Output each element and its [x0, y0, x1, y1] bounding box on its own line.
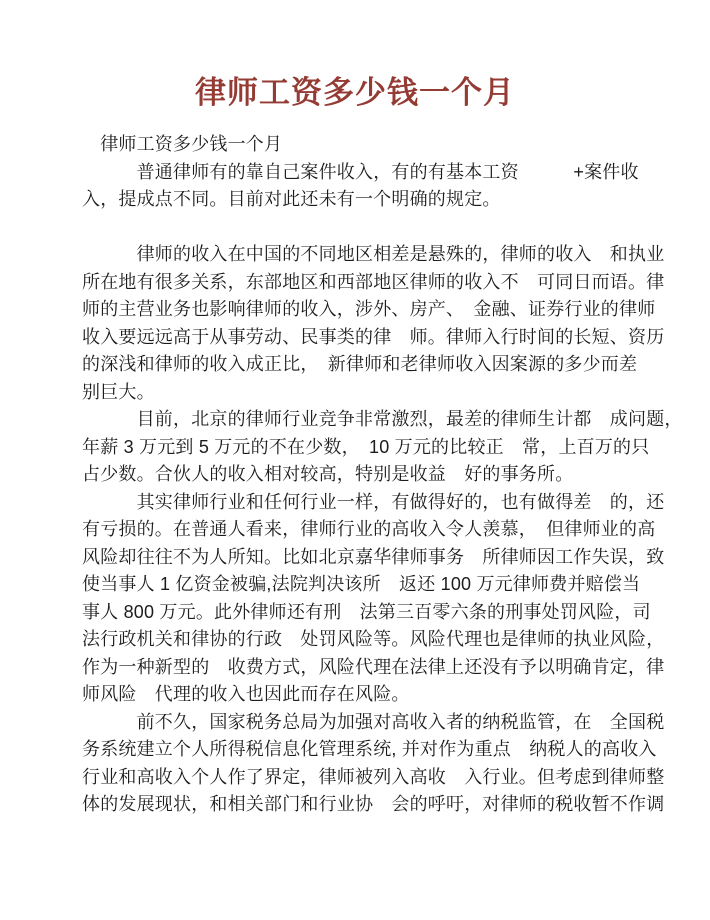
document-line: 占少数。合伙人的收入相对较高，特别是收益 好的事务所。	[82, 461, 710, 489]
document-line: 年薪 3 万元到 5 万元的不在少数， 10 万元的比较正 常，上百万的只	[82, 434, 710, 462]
document-line: 事人 800 万元。此外律师还有刑 法第三百零六条的刑事处罚风险，司	[82, 599, 710, 627]
document-line: 使当事人 1 亿资金被骗,法院判决该所 返还 100 万元律师费并赔偿当	[82, 571, 710, 599]
document-line: 所在地有很多关系，东部地区和西部地区律师的收入不 可同日而语。律	[82, 269, 710, 297]
document-blank-line	[82, 214, 710, 242]
document-line: 作为一种新型的 收费方式，风险代理在法律上还没有予以明确肯定，律	[82, 654, 710, 682]
document-line: 其实律师行业和任何行业一样，有做得好的，也有做得差 的，还	[82, 489, 710, 517]
document-line: 体的发展现状，和相关部门和行业协 会的呼吁，对律师的税收暂不作调	[82, 791, 710, 819]
document-line: 目前，北京的律师行业竞争非常激烈，最差的律师生计都 成问题，	[82, 406, 710, 434]
document-line: 务系统建立个人所得税信息化管理系统, 并对作为重点 纳税人的高收入	[82, 736, 710, 764]
document-line: 有亏损的。在普通人看来，律师行业的高收入令人羡慕， 但律师业的高	[82, 516, 710, 544]
document-line: 收入要远远高于从事劳动、民事类的律 师。律师入行时间的长短、资历	[82, 324, 710, 352]
document-page: 律师工资多少钱一个月 律师工资多少钱一个月 普通律师有的靠自己案件收入，有的有基…	[0, 0, 710, 920]
document-body: 律师工资多少钱一个月 普通律师有的靠自己案件收入，有的有基本工资 +案件收 入，…	[0, 131, 710, 819]
document-line: 行业和高收入个人作了界定，律师被列入高收 入行业。但考虑到律师整	[82, 764, 710, 792]
document-line: 别巨大。	[82, 379, 710, 407]
document-line: 律师的收入在中国的不同地区相差是悬殊的，律师的收入 和执业	[82, 241, 710, 269]
document-line: 风险却往往不为人所知。比如北京嘉华律师事务 所律师因工作失误，致	[82, 544, 710, 572]
document-line: 入，提成点不同。目前对此还未有一个明确的规定。	[82, 186, 710, 214]
document-line: 普通律师有的靠自己案件收入，有的有基本工资 +案件收	[82, 159, 710, 187]
document-line: 师风险 代理的收入也因此而存在风险。	[82, 681, 710, 709]
document-line: 法行政机关和律协的行政 处罚风险等。风险代理也是律师的执业风险，	[82, 626, 710, 654]
document-line: 前不久，国家税务总局为加强对高收入者的纳税监管，在 全国税	[82, 709, 710, 737]
document-line: 的深浅和律师的收入成正比， 新律师和老律师收入因案源的多少而差	[82, 351, 710, 379]
document-line: 师的主营业务也影响律师的收入，涉外、房产、 金融、证券行业的律师	[82, 296, 710, 324]
document-title: 律师工资多少钱一个月	[0, 0, 710, 112]
document-subtitle-line: 律师工资多少钱一个月	[82, 131, 710, 159]
